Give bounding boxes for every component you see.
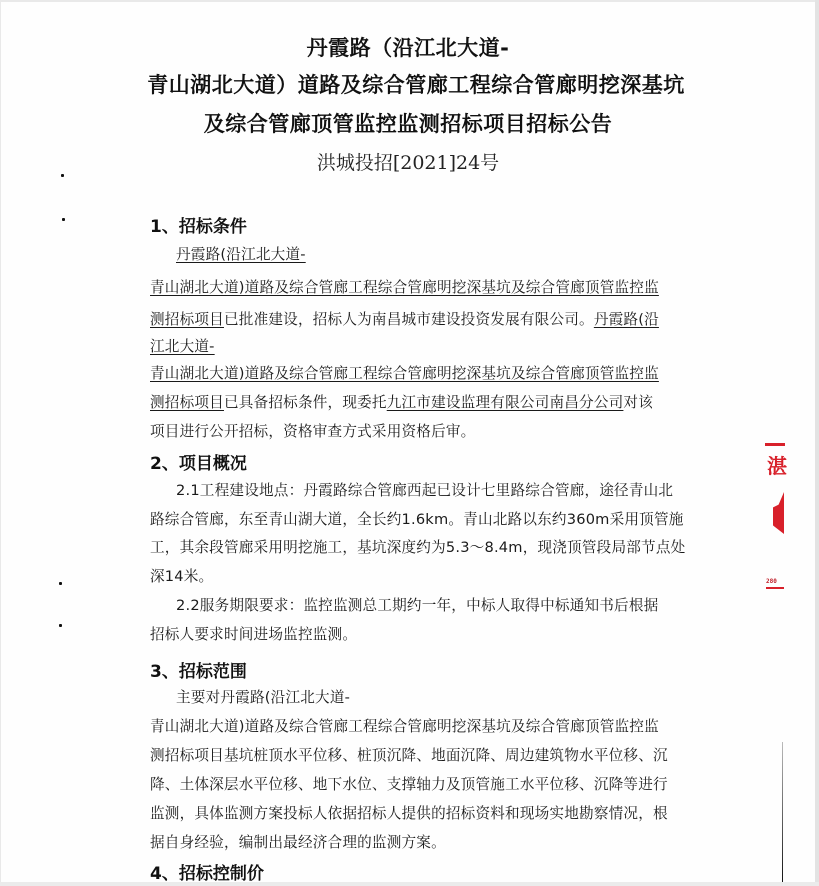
section-2-line: 2.2服务期限要求：监控监测总工期约一年，中标人取得中标通知书后根据 [176, 594, 658, 615]
viewer-bottom-edge [0, 882, 819, 886]
scan-speck [59, 624, 62, 627]
section-1-line: 江北大道- [150, 335, 215, 356]
title-line-3: 及综合管廊顶管监控监测招标项目招标公告 [1, 108, 815, 138]
qualification-text: 项目进行公开招标，资格审查方式采用资格后审。 [150, 423, 475, 440]
seal-char-2 [766, 492, 784, 534]
section-2-line: 工，其余段管廊采用明挖施工，基坑深度约为5.3～8.4m，现浇顶管段局部节点处 [150, 536, 685, 557]
approval-text: 已批准建设，招标人为南昌城市建设投资发展有限公司。 [224, 311, 594, 328]
section-3-line: 青山湖北大道)道路及综合管廊工程综合管廊明挖深基坑及综合管廊顶管监控监 [150, 715, 659, 736]
scan-speck [61, 174, 64, 177]
section-3-line: 监测，具体监测方案投标人依据招标人提供的招标资料和现场实地勘察情况，根 [150, 802, 668, 823]
section-2-line: 2.1工程建设地点：丹霞路综合管廊西起已设计七里路综合管廊，途径青山北 [176, 479, 673, 500]
project-name-underlined: 青山湖北大道)道路及综合管廊工程综合管廊明挖深基坑及综合管廊顶管监控监 [150, 365, 659, 382]
red-seal-stamp: 湛 280 [763, 440, 787, 590]
project-name-underlined: 测招标项目 [150, 394, 224, 411]
entrust-text-end: 对该 [623, 394, 653, 411]
project-name-underlined: 青山湖北大道)道路及综合管廊工程综合管廊明挖深基坑及综合管廊顶管监控监 [150, 279, 659, 296]
section-3-line: 据自身经验，编制出最经济合理的监测方案。 [150, 831, 446, 852]
section-3-line: 测招标项目基坑桩顶水平位移、桩顶沉降、地面沉降、周边建筑物水平位移、沉 [150, 744, 668, 765]
scan-speck [59, 582, 62, 585]
seal-bar-bottom [766, 587, 784, 589]
seal-char-1: 湛 [763, 450, 787, 476]
document-page: 丹霞路（沿江北大道- 青山湖北大道）道路及综合管廊工程综合管廊明挖深基坑 及综合… [1, 2, 815, 882]
section-1-line: 测招标项目已批准建设，招标人为南昌城市建设投资发展有限公司。丹霞路(沿 [150, 308, 659, 329]
section-heading-4: 4、招标控制价 [150, 859, 264, 882]
section-heading-3: 3、招标范围 [150, 657, 247, 682]
viewer-right-edge [815, 0, 819, 886]
project-name-underlined: 丹霞路(沿江北大道- [176, 246, 306, 263]
document-number: 洪城投招[2021]24号 [1, 148, 815, 175]
seal-bar-top [765, 443, 785, 446]
section-3-line: 主要对丹霞路(沿江北大道- [176, 686, 350, 707]
agency-name-underlined: 九江市建设监理有限公司南昌分公司 [387, 394, 624, 411]
entrust-text: 已具备招标条件，现委托 [224, 394, 387, 411]
seal-number: 280 [766, 578, 777, 585]
scan-edge-line [782, 742, 783, 882]
scan-speck [62, 218, 65, 221]
section-1-line: 青山湖北大道)道路及综合管廊工程综合管廊明挖深基坑及综合管廊顶管监控监 [150, 276, 659, 297]
section-2-line: 深14米。 [150, 565, 213, 586]
project-name-underlined: 江北大道- [150, 338, 215, 355]
section-3-line: 降、土体深层水平位移、地下水位、支撑轴力及顶管施工水平位移、沉降等进行 [150, 773, 668, 794]
section-1-line: 青山湖北大道)道路及综合管廊工程综合管廊明挖深基坑及综合管廊顶管监控监 [150, 362, 659, 383]
project-name-underlined: 丹霞路(沿 [594, 311, 659, 328]
title-line-2: 青山湖北大道）道路及综合管廊工程综合管廊明挖深基坑 [9, 69, 815, 99]
section-1-line: 项目进行公开招标，资格审查方式采用资格后审。 [150, 420, 475, 441]
project-name-underlined: 测招标项目 [150, 311, 224, 328]
section-2-line: 招标人要求时间进场监控监测。 [150, 623, 357, 644]
section-heading-2: 2、项目概况 [150, 449, 247, 474]
title-line-1: 丹霞路（沿江北大道- [1, 32, 815, 62]
section-2-line: 路综合管廊，东至青山湖大道，全长约1.6km。青山北路以东约360m采用顶管施 [150, 508, 684, 529]
section-heading-1: 1、招标条件 [150, 212, 247, 237]
section-1-line: 丹霞路(沿江北大道- [176, 243, 306, 264]
section-1-line: 测招标项目已具备招标条件，现委托九江市建设监理有限公司南昌分公司对该 [150, 391, 653, 412]
